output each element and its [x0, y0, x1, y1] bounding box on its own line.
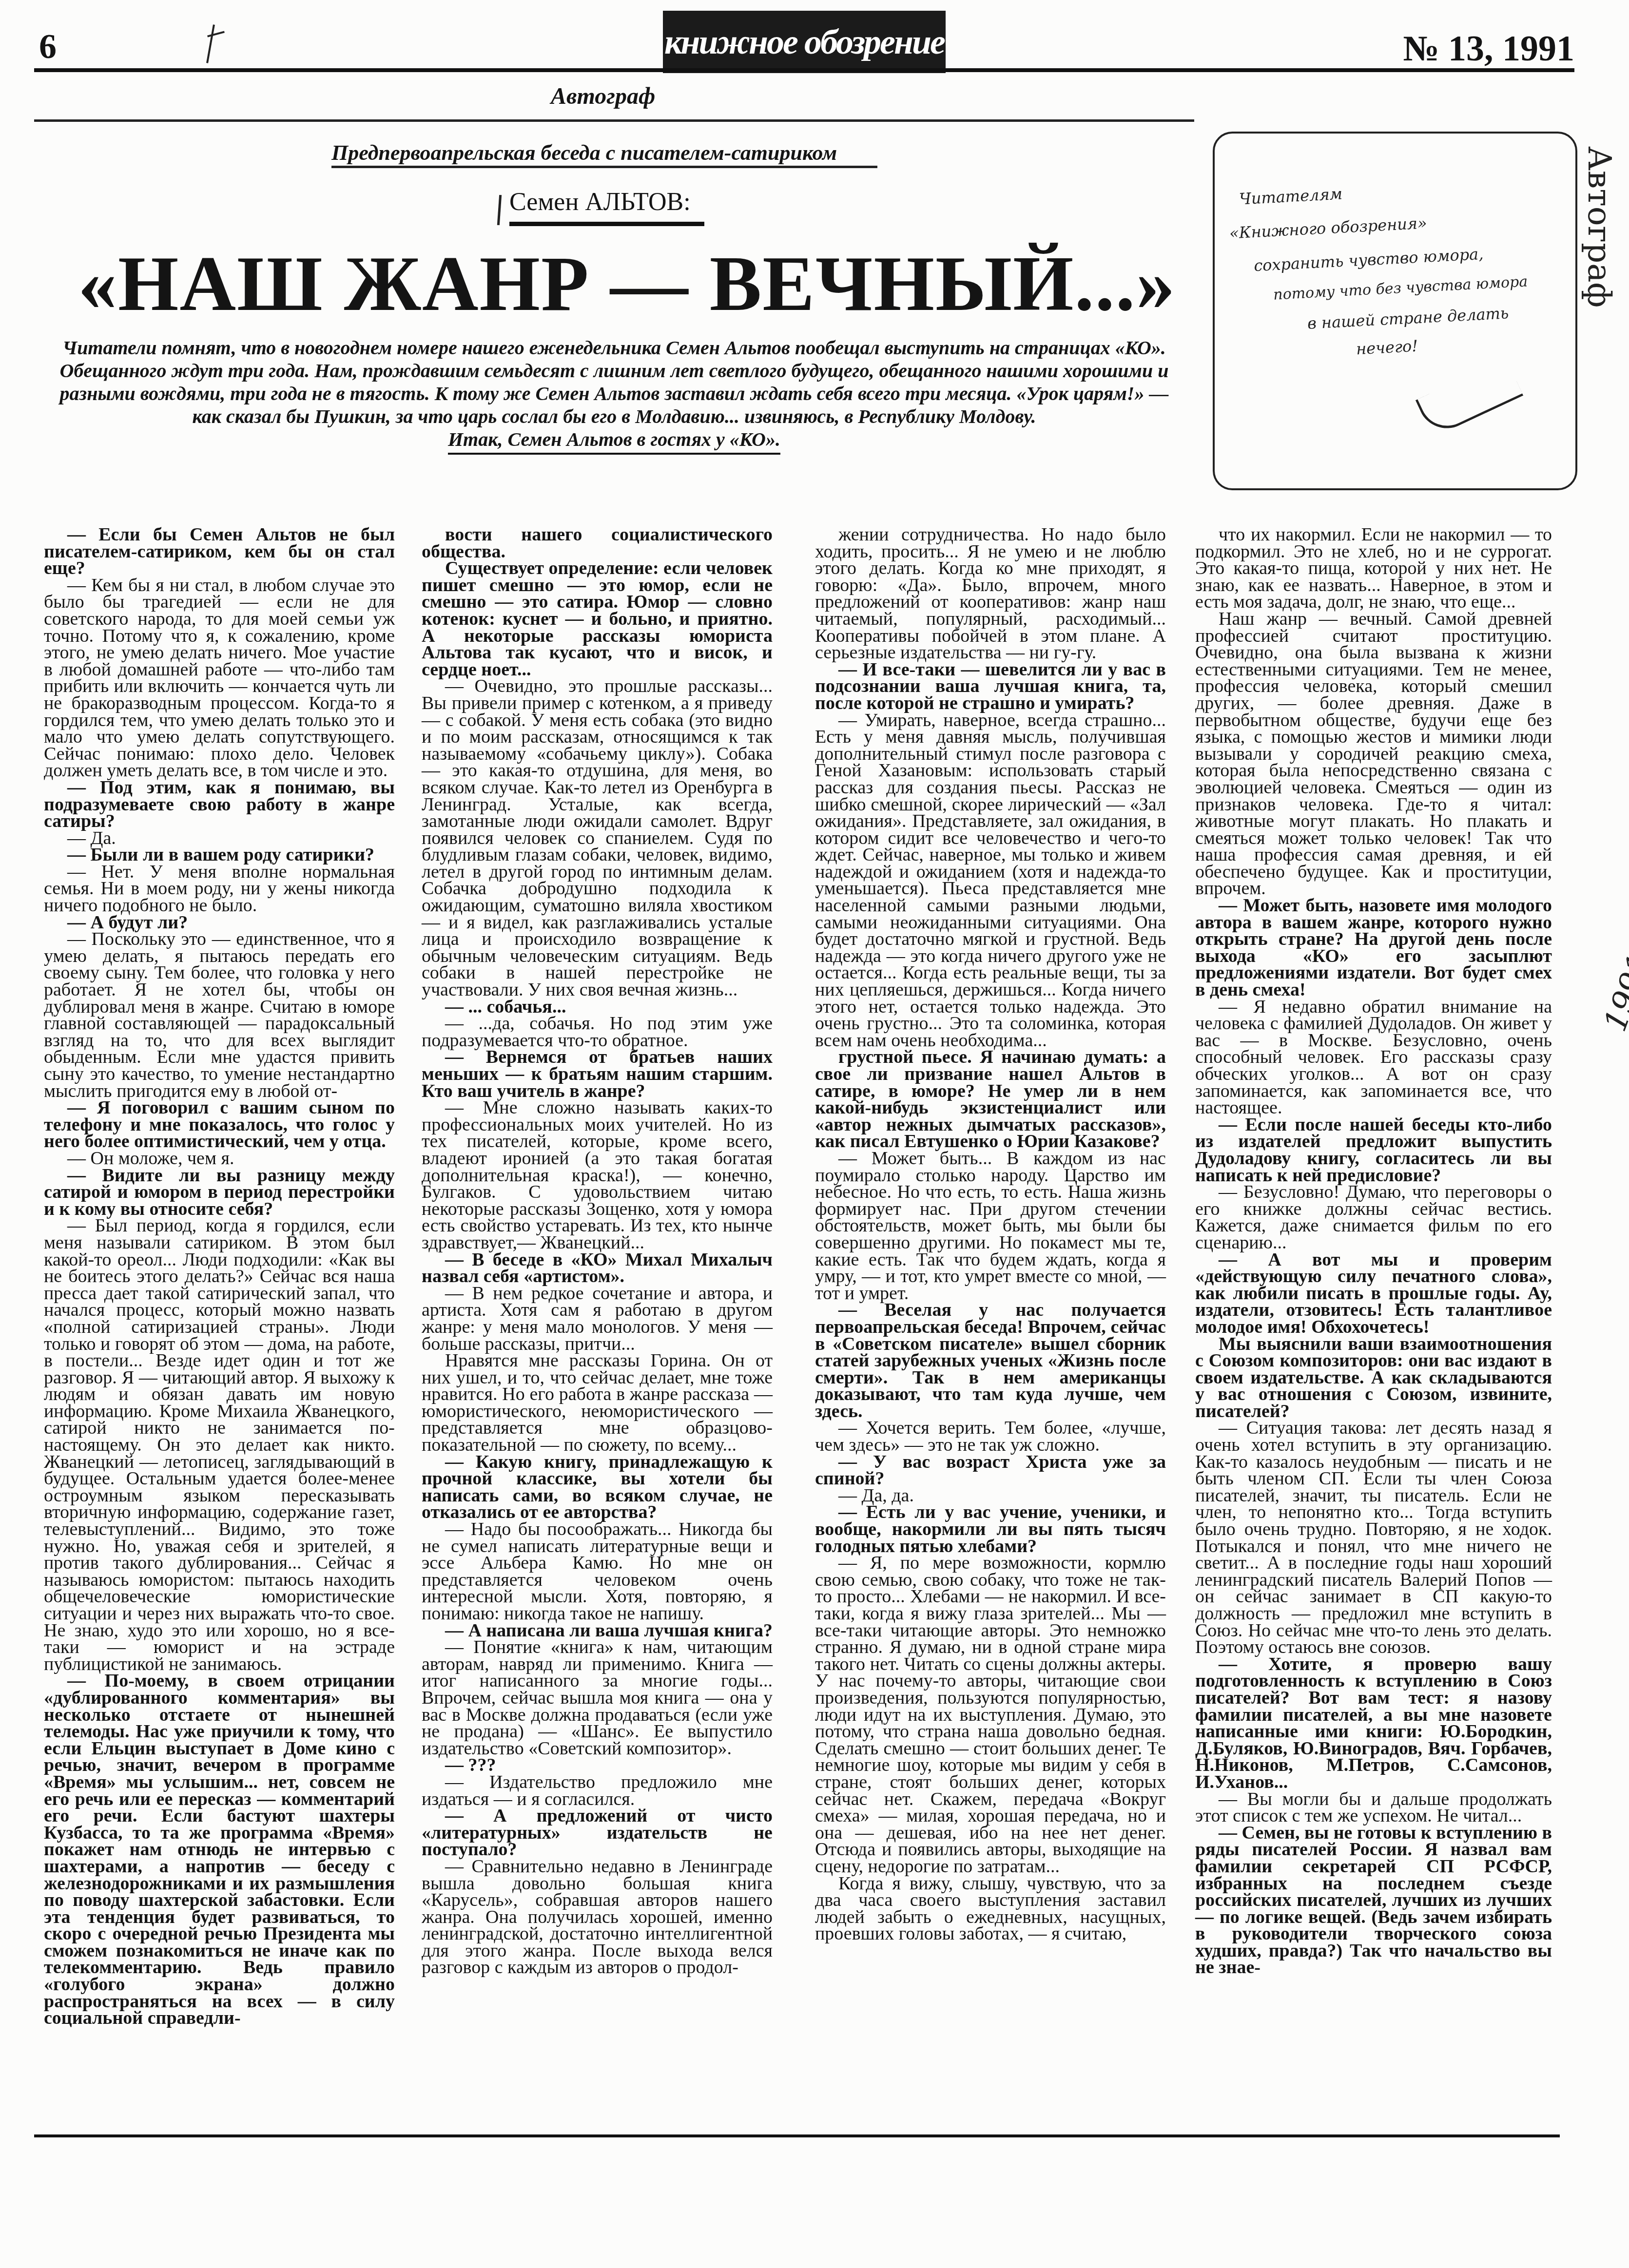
interviewer-question: — А написана ли ваша лучшая книга?: [422, 1622, 773, 1639]
rubric-rule: [34, 119, 1194, 122]
answer-paragraph: — Безусловно! Думаю, что переговоры о ег…: [1195, 1184, 1552, 1251]
lead-paragraph: Читатели помнят, что в новогоднем номере…: [51, 336, 1177, 451]
masthead: 6 книжное обозрение № 13, 1991: [34, 15, 1574, 68]
interviewer-question: — Веселая у нас получается первоапрельск…: [815, 1302, 1166, 1420]
interviewer-question: — Вернемся от братьев наших меньших — к …: [422, 1049, 773, 1099]
answer-paragraph: — Сравнительно недавно в Ленинграде вышл…: [422, 1858, 773, 1976]
interviewer-question: — И все-таки — шевелится ли у вас в подс…: [815, 661, 1166, 712]
interviewer-question: Существует определение: если человек пиш…: [422, 560, 773, 678]
interviewer-question: — Семен, вы не готовы к вступлению в ряд…: [1195, 1825, 1552, 1976]
author-rule: [509, 222, 704, 226]
answer-paragraph: — Мне сложно называть каких-то профессио…: [422, 1099, 773, 1251]
interviewer-question: — Под этим, как я понимаю, вы подразумев…: [44, 779, 395, 830]
page-number: 6: [39, 26, 57, 67]
answer-paragraph: — Очевидно, это прошлые рассказы... Вы п…: [422, 678, 773, 998]
text-column-3: жении сотрудничества. Но надо было ходит…: [815, 526, 1166, 1942]
autograph-line: сохранить чувство юмора,: [1253, 245, 1484, 275]
text-column-4: что их накормил. Если не накормил — то п…: [1195, 526, 1552, 1976]
interviewer-question: — А предложений от чисто «литературных» …: [422, 1807, 773, 1858]
answer-paragraph: — В нем редкое сочетание и автора, и арт…: [422, 1285, 773, 1352]
answer-paragraph: — Издательство предложило мне издаться —…: [422, 1774, 773, 1807]
lead-closing: Итак, Семен Альтов в гостях у «КО».: [448, 428, 780, 450]
signature-icon: [1416, 358, 1524, 438]
answer-paragraph: — Надо бы посоображать... Никогда бы не …: [422, 1521, 773, 1622]
interviewer-question: — ???: [422, 1757, 773, 1774]
interviewer-question: — Были ли в вашем роду сатирики?: [44, 846, 395, 864]
masthead-rule: [34, 68, 1574, 72]
author-marker: [497, 195, 502, 225]
answer-paragraph: Когда я вижу, слышу, чувствую, что за дв…: [815, 1875, 1166, 1942]
answer-paragraph: — Да.: [44, 830, 395, 847]
headline: «НАШ ЖАНР — ВЕЧНЫЙ...»: [78, 239, 1176, 329]
autograph-line: нечего!: [1356, 337, 1418, 359]
answer-paragraph: — Кем бы я ни стал, в любом случае это б…: [44, 577, 395, 779]
answer-paragraph: — Понятие «книга» к нам, читающим автора…: [422, 1639, 773, 1757]
answer-paragraph: — Ситуация такова: лет десять назад я оч…: [1195, 1420, 1552, 1655]
side-label: Автограф: [1581, 146, 1618, 308]
autograph-box: Читателям «Книжного обозрения» сохранить…: [1213, 132, 1577, 490]
interviewer-question: вости нашего социалистического общества.: [422, 526, 773, 560]
interviewer-question: — Какую книгу, принадлежащую к прочной к…: [422, 1454, 773, 1521]
answer-paragraph: — Он моложе, чем я.: [44, 1150, 395, 1167]
interviewer-question: — Есть ли у вас учение, ученики, и вообщ…: [815, 1504, 1166, 1555]
interviewer-question: грустной пьесе. Я начинаю думать: а свое…: [815, 1049, 1166, 1150]
bottom-rule: [34, 2134, 1560, 2137]
answer-paragraph: — Я недавно обратил внимание на человека…: [1195, 999, 1552, 1116]
interviewer-question: — А будут ли?: [44, 914, 395, 931]
newspaper-page: 6 книжное обозрение № 13, 1991 Автограф …: [0, 0, 1629, 2268]
answer-paragraph: Наш жанр — вечный. Самой древней професс…: [1195, 611, 1552, 897]
answer-paragraph: — Да, да.: [815, 1487, 1166, 1504]
answer-paragraph: — Я, по мере возможности, кормлю свою се…: [815, 1555, 1166, 1875]
interviewer-question: — В беседе в «КО» Михал Михалыч назвал с…: [422, 1251, 773, 1285]
interviewer-question: — Если после нашей беседы кто-либо из из…: [1195, 1116, 1552, 1184]
interviewer-question: — Хотите, я проверю вашу подготовленност…: [1195, 1656, 1552, 1791]
interviewer-question: — Видите ли вы разницу между сатирой и ю…: [44, 1167, 395, 1218]
interviewer-question: — Я поговорил с вашим сыном по телефону …: [44, 1099, 395, 1150]
interviewer-question: — А вот мы и проверим «действующую силу …: [1195, 1251, 1552, 1336]
interviewer-question: — У вас возраст Христа уже за спиной?: [815, 1454, 1166, 1487]
answer-paragraph: — Нет. У меня вполне нормальная семья. Н…: [44, 864, 395, 914]
rubric: Автограф: [551, 83, 655, 110]
pen-mark-icon: [207, 31, 225, 37]
autograph-line: в нашей стране делать: [1307, 304, 1509, 333]
handwritten-year: 1991: [1597, 949, 1629, 1036]
answer-paragraph: — Вы могли бы и дальше продолжать этот с…: [1195, 1791, 1552, 1825]
article-subtitle: Предпервоапрельская беседа с писателем-с…: [331, 140, 837, 165]
answer-paragraph: — Может быть... В каждом из нас поумирал…: [815, 1150, 1166, 1302]
lead-text: Читатели помнят, что в новогоднем номере…: [51, 336, 1177, 428]
interviewer-question: Мы выяснили ваши взаимоотношения с Союзо…: [1195, 1336, 1552, 1420]
article-author: Семен АЛЬТОВ:: [509, 188, 691, 216]
answer-paragraph: — Был период, когда я гордился, если мен…: [44, 1217, 395, 1672]
interviewer-question: — По-моему, в своем отрицании «дублирова…: [44, 1672, 395, 2026]
text-column-2: вости нашего социалистического общества.…: [422, 526, 773, 1976]
autograph-line: Читателям: [1239, 184, 1343, 208]
autograph-line: «Книжного обозрения»: [1229, 213, 1427, 242]
answer-paragraph: жении сотрудничества. Но надо было ходит…: [815, 526, 1166, 661]
answer-paragraph: — Поскольку это — единственное, что я ум…: [44, 931, 395, 1099]
answer-paragraph: Нравятся мне рассказы Горина. Он от них …: [422, 1352, 773, 1454]
answer-paragraph: — Умирать, наверное, всегда страшно... Е…: [815, 712, 1166, 1049]
answer-paragraph: что их накормил. Если не накормил — то п…: [1195, 526, 1552, 611]
interviewer-question: — Может быть, назовете имя молодого авто…: [1195, 897, 1552, 999]
newspaper-logo: книжное обозрение: [663, 11, 946, 73]
answer-paragraph: — Хочется верить. Тем более, «лучше, чем…: [815, 1420, 1166, 1453]
pen-mark-icon: [206, 24, 215, 63]
autograph-line: потому что без чувства юмора: [1273, 273, 1528, 303]
interviewer-question: — Если бы Семен Альтов не был писателем-…: [44, 526, 395, 577]
subtitle-rule: [331, 166, 877, 168]
interviewer-question: — ... собачья...: [422, 999, 773, 1016]
issue-number: № 13, 1991: [1403, 28, 1574, 70]
text-column-1: — Если бы Семен Альтов не был писателем-…: [44, 526, 395, 2027]
answer-paragraph: — ...да, собачья. Но под этим уже подраз…: [422, 1015, 773, 1049]
